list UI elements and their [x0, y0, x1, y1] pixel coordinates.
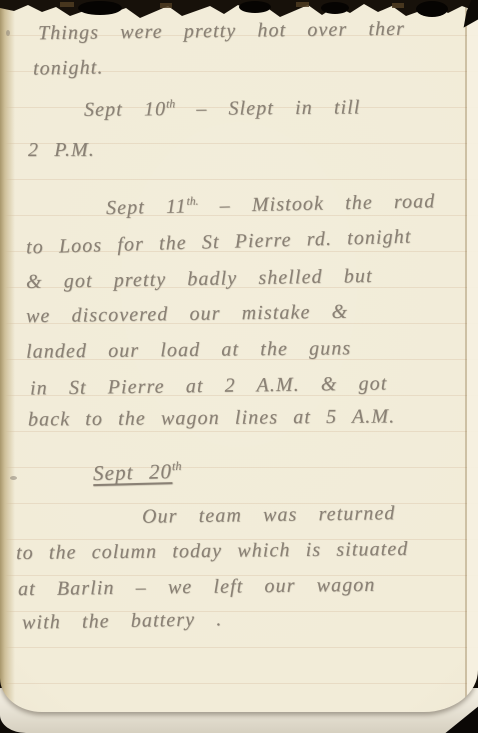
- ordinal-suffix: th: [172, 459, 182, 473]
- diary-text-line: tonight.: [33, 56, 104, 80]
- ordinal-suffix: th: [166, 97, 175, 110]
- pencil-speck: [6, 30, 10, 36]
- diary-text-line: with the battery .: [22, 608, 223, 634]
- diary-text-line: at Barlin – we left our wagon: [18, 574, 376, 601]
- diary-text-line: to the column today which is situated: [16, 538, 409, 565]
- ordinal-suffix: th.: [186, 195, 198, 208]
- entry-date-text: Sept 11: [106, 195, 187, 219]
- diary-photo-frame: Things were pretty hot over ther tonight…: [0, 0, 478, 733]
- entry-opening-text: – Slept in till: [175, 96, 361, 120]
- diary-text-line: to Loos for the St Pierre rd. tonight: [26, 226, 412, 260]
- torn-page-top-edge: [0, 0, 478, 24]
- entry-date-text: Sept 10: [84, 98, 166, 121]
- diary-text-line: 2 P.M.: [28, 139, 95, 162]
- diary-text-line: Our team was returned: [142, 502, 396, 529]
- entry-date-text: Sept 20: [93, 459, 173, 485]
- diary-text-line: back to the wagon lines at 5 A.M.: [28, 405, 395, 431]
- pencil-speck: [10, 476, 17, 480]
- diary-page: Things were pretty hot over ther tonight…: [0, 0, 478, 712]
- entry-date-sept-20: Sept 20th: [93, 459, 182, 486]
- diary-text-line: we discovered our mistake &: [26, 301, 349, 328]
- entry-date-sept-10: Sept 10th – Slept in till: [84, 96, 361, 122]
- diary-text-line: landed our load at the guns: [26, 337, 351, 363]
- entry-date-sept-11: Sept 11th. – Mistook the road: [106, 190, 436, 221]
- diary-text-line: & got pretty badly shelled but: [26, 265, 373, 294]
- entry-opening-text: – Mistook the road: [198, 190, 435, 217]
- diary-text-line: in St Pierre at 2 A.M. & got: [30, 373, 388, 401]
